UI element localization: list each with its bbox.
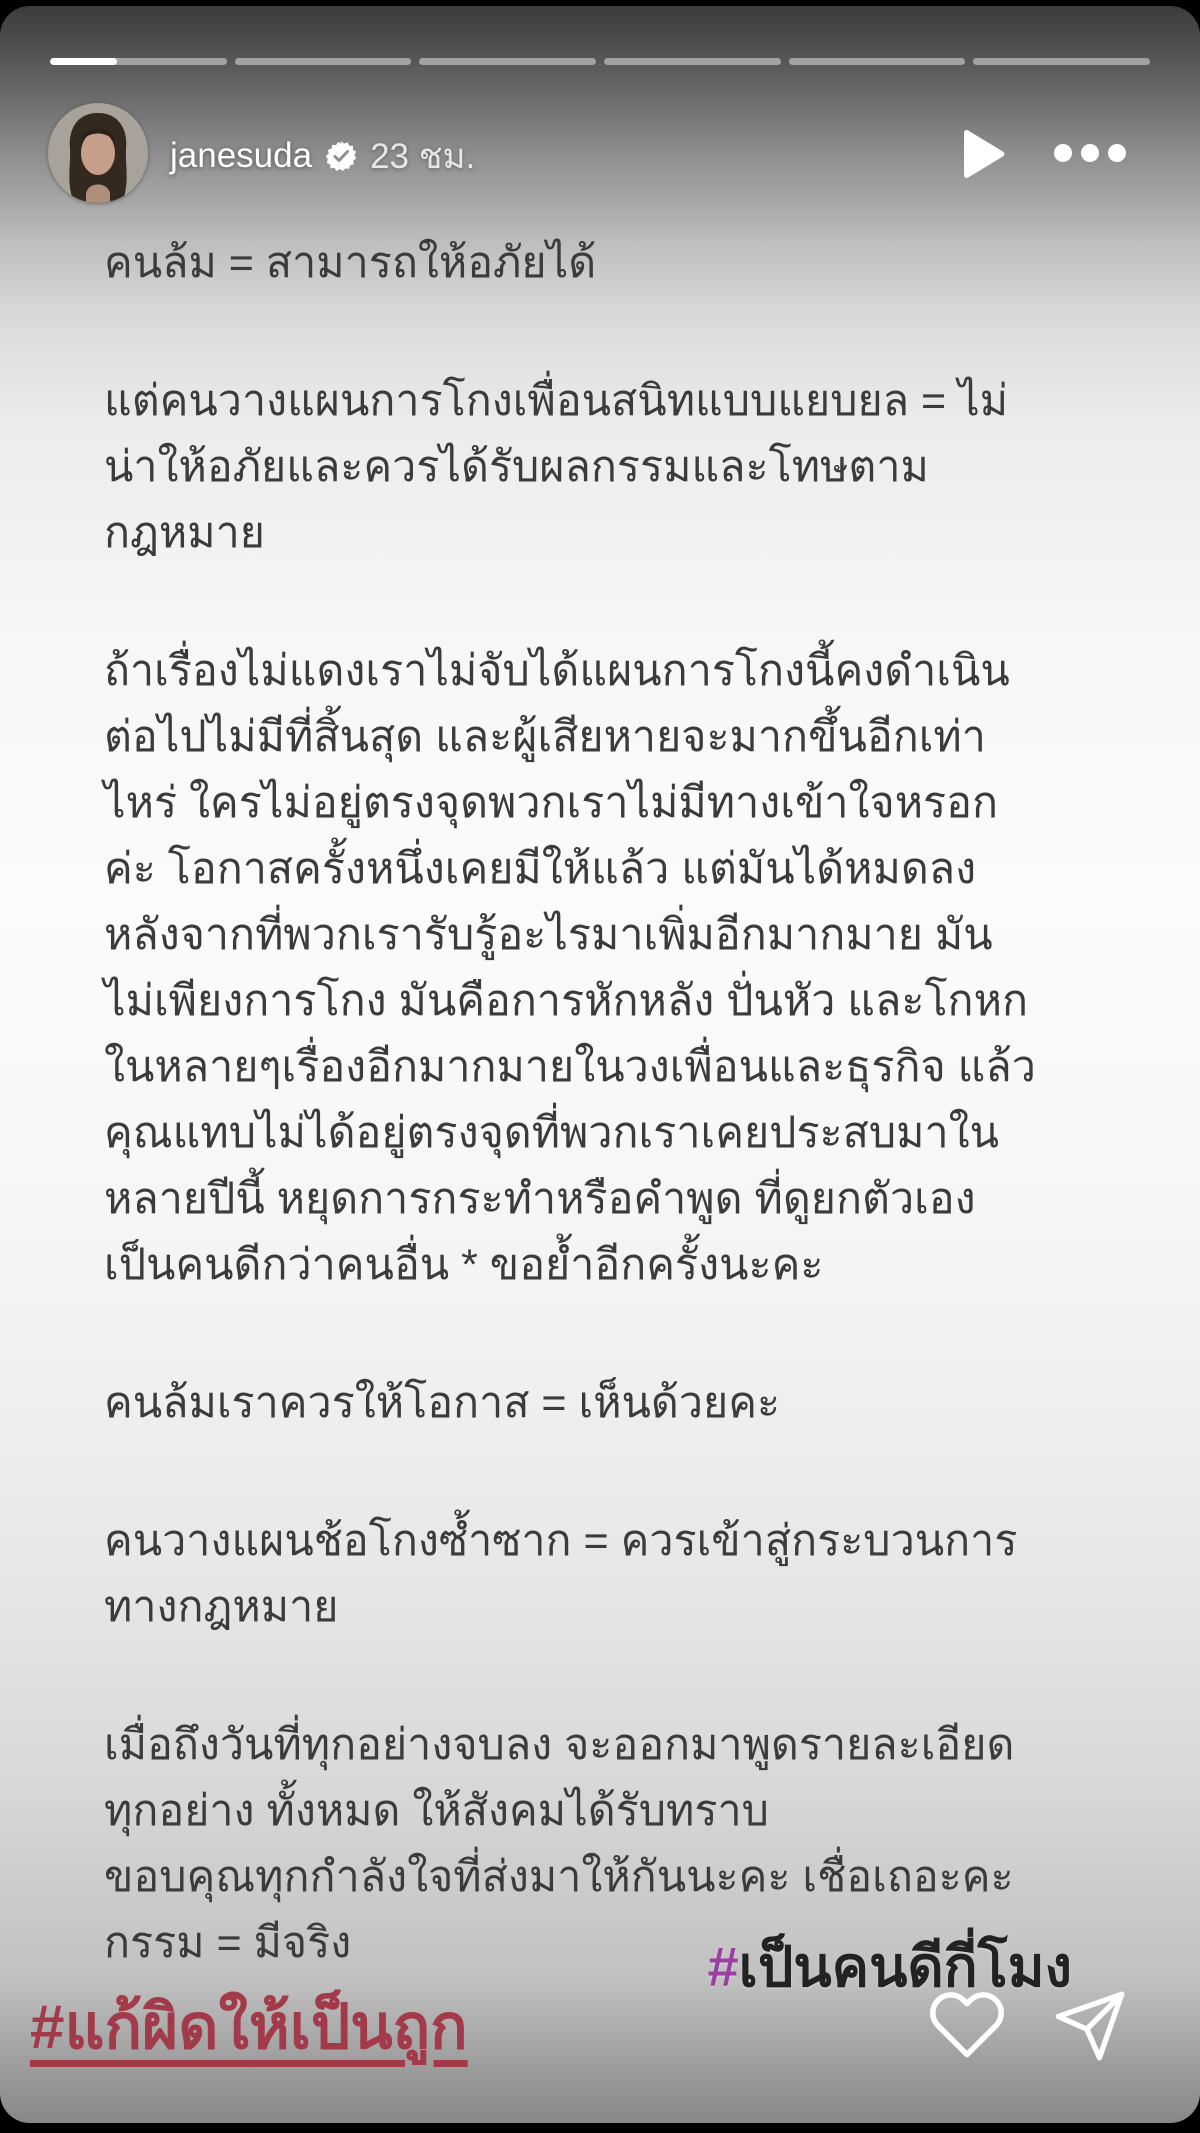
text-line: ถ้าเรื่องไม่แดงเราไม่จับได้แผนการโกงนี้ค… bbox=[104, 638, 1140, 704]
text-line: ไหร่ ใครไม่อยู่ตรงจุดพวกเราไม่มีทางเข้าใ… bbox=[104, 770, 1140, 836]
more-options-icon[interactable] bbox=[1052, 142, 1128, 164]
text-line: คนล้มเราควรให้โอกาส = เห็นด้วยคะ bbox=[104, 1370, 1140, 1436]
text-line: ทางกฎหมาย bbox=[104, 1574, 1140, 1640]
play-icon[interactable] bbox=[956, 126, 1008, 182]
text-line: คุณแทบไม่ได้อยู่ตรงจุดที่พวกเราเคยประสบม… bbox=[104, 1100, 1140, 1166]
progress-fill bbox=[50, 58, 117, 65]
text-line: ต่อไปไม่มีที่สิ้นสุด และผู้เสียหายจะมากข… bbox=[104, 704, 1140, 770]
progress-segment bbox=[604, 58, 781, 65]
text-line: หลังจากที่พวกเรารับรู้อะไรมาเพิ่มอีกมากม… bbox=[104, 902, 1140, 968]
text-line: หลายปีนี้ หยุดการกระทำหรือคำพูด ที่ดูยกต… bbox=[104, 1166, 1140, 1232]
hash-symbol: # bbox=[708, 1935, 739, 1998]
paper-plane-icon[interactable] bbox=[1048, 1988, 1132, 2064]
progress-segment bbox=[235, 58, 412, 65]
verified-badge-icon bbox=[326, 141, 356, 171]
paragraph: ถ้าเรื่องไม่แดงเราไม่จับได้แผนการโกงนี้ค… bbox=[104, 638, 1140, 1298]
progress-segment bbox=[973, 58, 1150, 65]
progress-segment bbox=[789, 58, 966, 65]
heart-icon[interactable] bbox=[926, 1990, 1008, 2062]
avatar[interactable] bbox=[48, 103, 148, 203]
paragraph: แต่คนวางแผนการโกงเพื่อนสนิทแบบแยบยล = ไม… bbox=[104, 368, 1140, 566]
progress-segment bbox=[419, 58, 596, 65]
text-line: แต่คนวางแผนการโกงเพื่อนสนิทแบบแยบยล = ไม… bbox=[104, 368, 1140, 434]
text-line: เมื่อถึงวันที่ทุกอย่างจบลง จะออกมาพูดราย… bbox=[104, 1712, 1140, 1778]
story-timestamp: 23 ชม. bbox=[370, 129, 475, 184]
text-line: ค่ะ โอกาสครั้งหนึ่งเคยมีให้แล้ว แต่มันได… bbox=[104, 836, 1140, 902]
story-card: janesuda 23 ชม. คนล้ม = สามารถให้อภัยได้… bbox=[0, 6, 1200, 2123]
paragraph: คนวางแผนช้อโกงซ้ำซาก = ควรเข้าสู่กระบวนก… bbox=[104, 1508, 1140, 1640]
text-line: ขอบคุณทุกกำลังใจที่ส่งมาให้กันนะคะ เชื่อ… bbox=[104, 1844, 1140, 1910]
hashtag-left[interactable]: #แก้ผิดให้เป็นถูก bbox=[30, 1978, 468, 2076]
hashtag-right[interactable]: #เป็นคนดีกี่โมง bbox=[708, 1922, 1072, 2011]
text-line: คนล้ม = สามารถให้อภัยได้ bbox=[104, 230, 1140, 296]
progress-segment-active bbox=[50, 58, 227, 65]
story-progress-bar bbox=[50, 58, 1150, 65]
story-text: คนล้ม = สามารถให้อภัยได้แต่คนวางแผนการโก… bbox=[104, 230, 1140, 2048]
username[interactable]: janesuda bbox=[170, 136, 312, 176]
text-line: คนวางแผนช้อโกงซ้ำซาก = ควรเข้าสู่กระบวนก… bbox=[104, 1508, 1140, 1574]
text-line: ในหลายๆเรื่องอีกมากมายในวงเพื่อนและธุรกิ… bbox=[104, 1034, 1140, 1100]
paragraph: คนล้มเราควรให้โอกาส = เห็นด้วยคะ bbox=[104, 1370, 1140, 1436]
text-line: ไม่เพียงการโกง มันคือการหักหลัง ปั่นหัว … bbox=[104, 968, 1140, 1034]
text-line: กฎหมาย bbox=[104, 500, 1140, 566]
text-line: ทุกอย่าง ทั้งหมด ให้สังคมได้รับทราบ bbox=[104, 1778, 1140, 1844]
text-line: เป็นคนดีกว่าคนอื่น * ขอย้ำอีกครั้งนะคะ bbox=[104, 1232, 1140, 1298]
text-line: น่าให้อภัยและควรได้รับผลกรรมและโทษตาม bbox=[104, 434, 1140, 500]
story-header: janesuda 23 ชม. bbox=[170, 124, 475, 188]
paragraph: คนล้ม = สามารถให้อภัยได้ bbox=[104, 230, 1140, 296]
avatar-photo bbox=[48, 103, 148, 203]
hashtag-right-label: เป็นคนดีกี่โมง bbox=[739, 1935, 1072, 1998]
